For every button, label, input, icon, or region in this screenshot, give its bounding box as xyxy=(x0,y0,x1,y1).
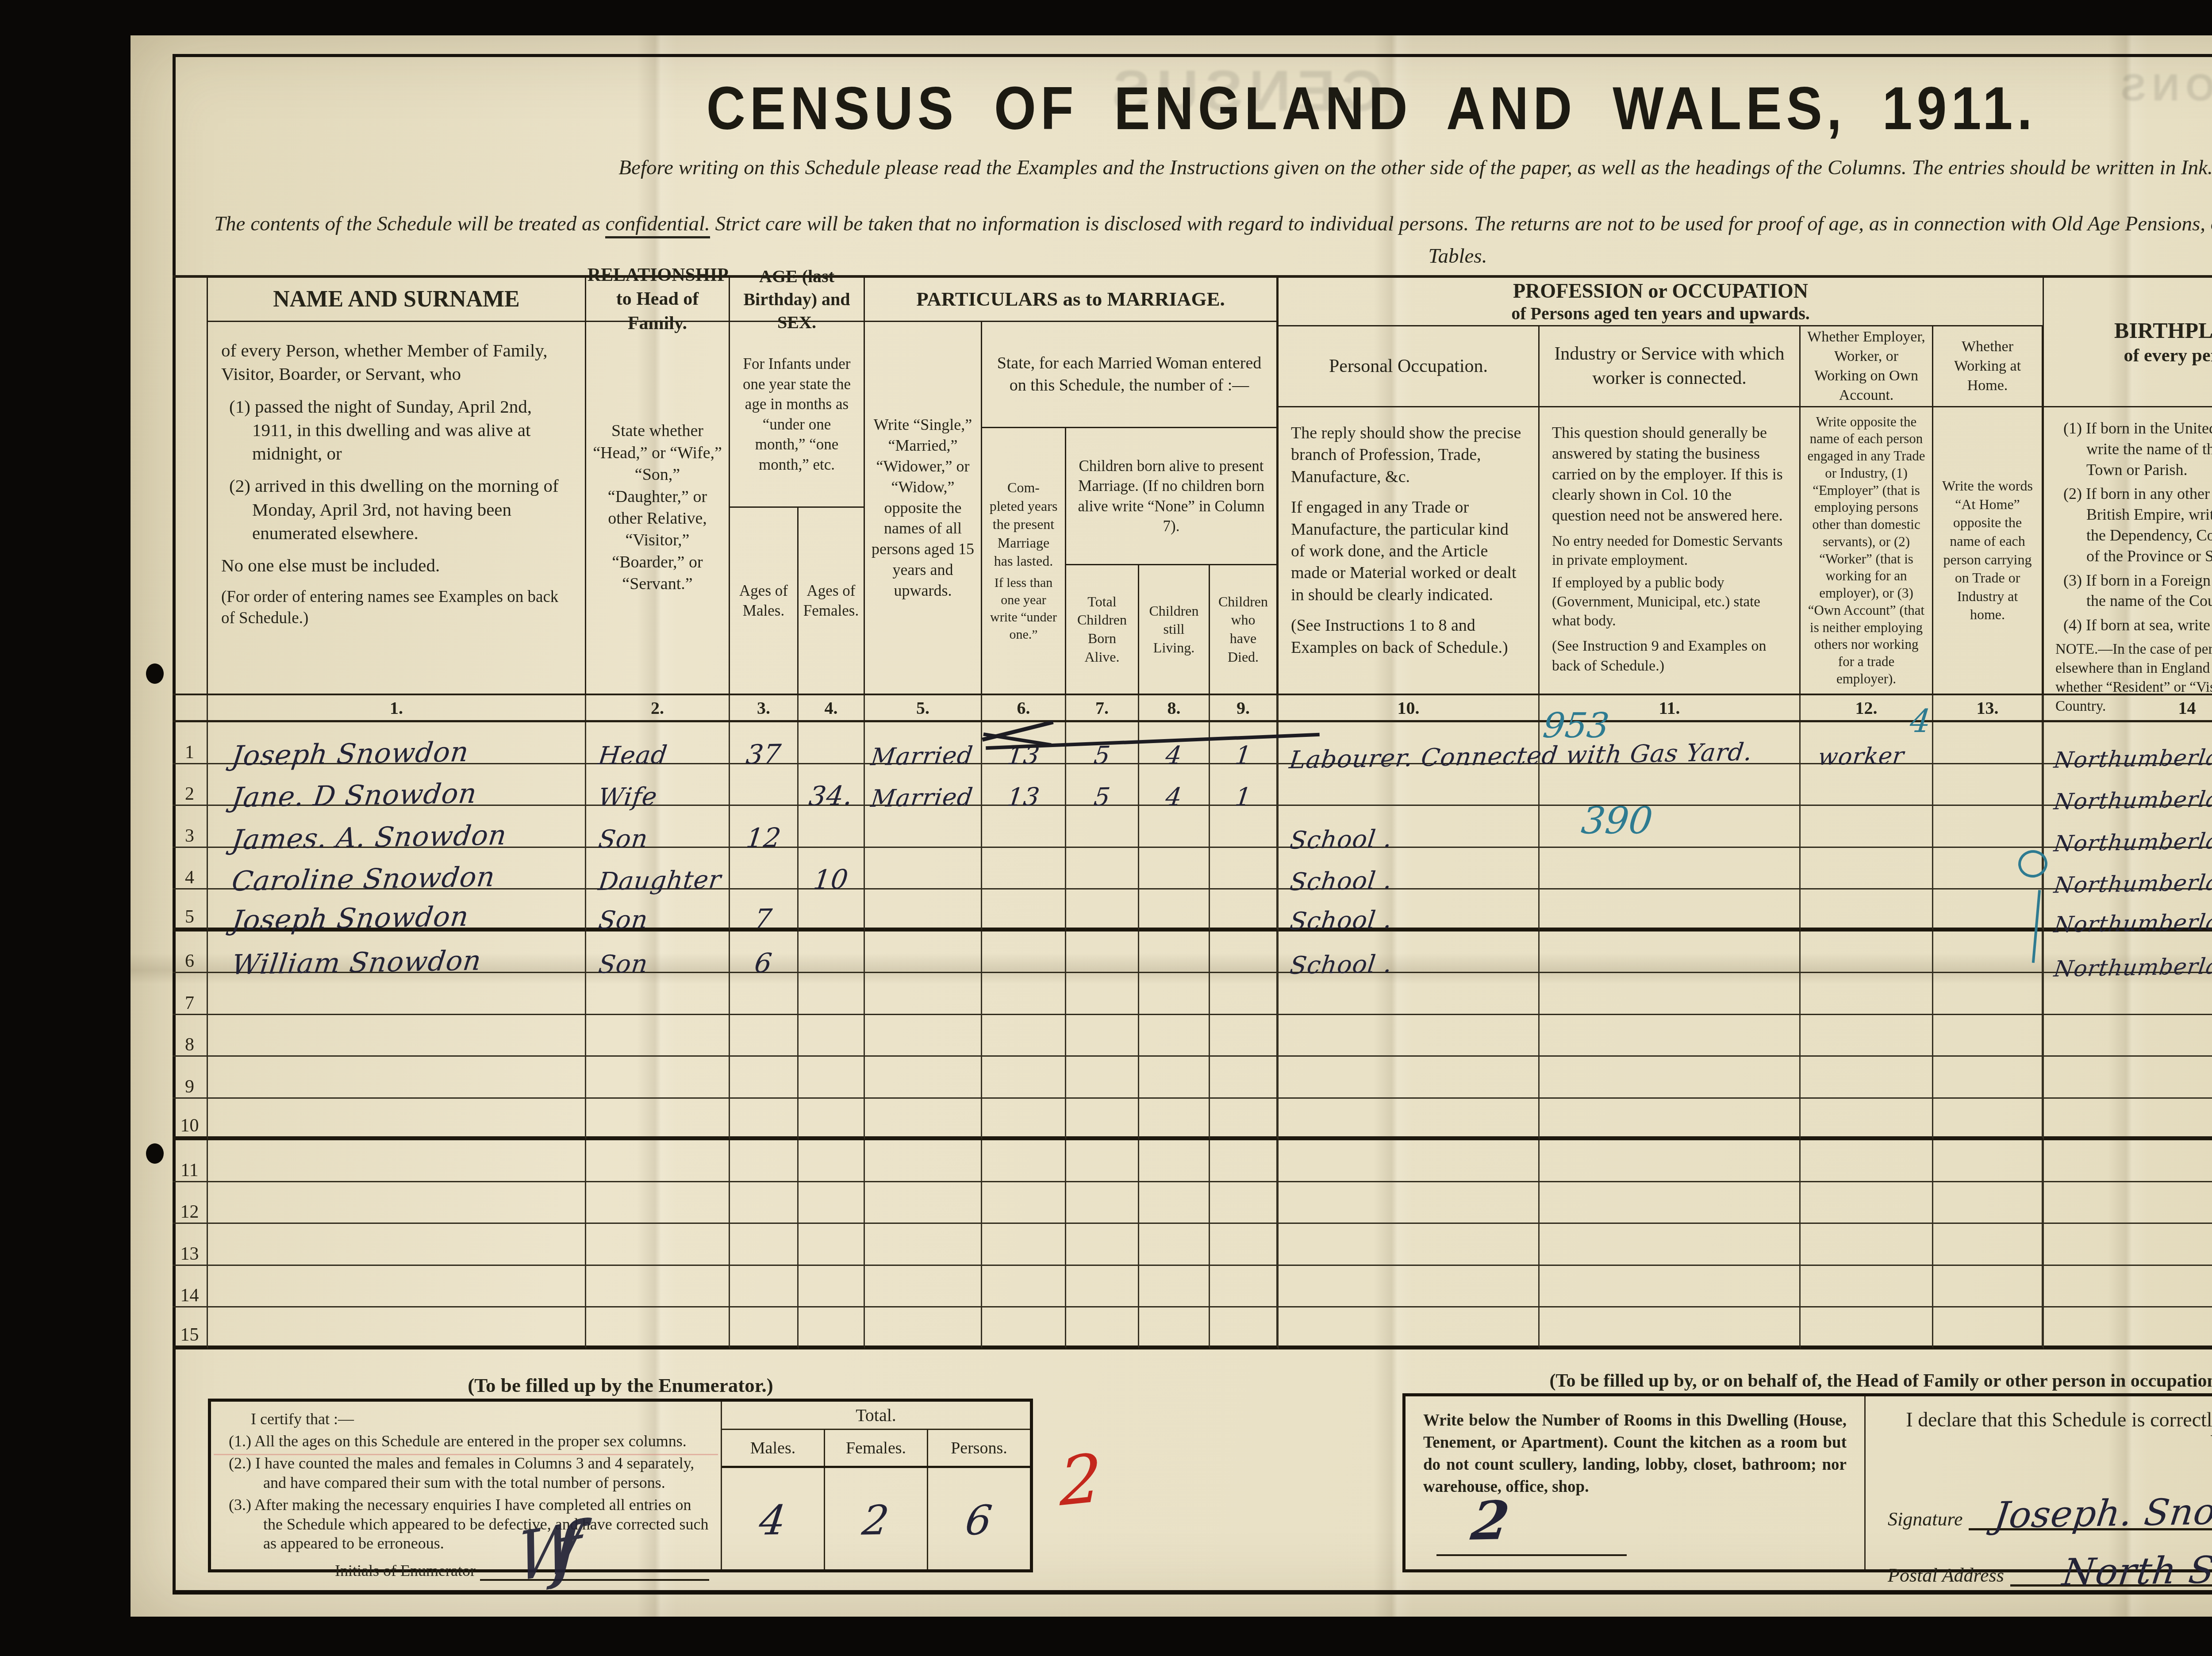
colnum-7: 7. xyxy=(1066,695,1139,720)
header-children-living: Children still Living. xyxy=(1139,565,1210,694)
enumerator-box: I certify that :— (1.) All the ages on t… xyxy=(208,1399,1033,1572)
header-profession-group: PROFESSION or OCCUPATIONof Persons aged … xyxy=(1279,278,2044,326)
children-born-entry: 5 xyxy=(1092,783,1112,812)
table-row: 9 xyxy=(173,1057,2212,1099)
years-married-entry: 13 xyxy=(1006,782,1041,812)
colnum-10: 10. xyxy=(1279,695,1540,720)
occupation-entry: School . xyxy=(1277,905,1394,935)
totals-females-label: Females. xyxy=(825,1430,928,1466)
years-married-entry: 13 xyxy=(1006,741,1041,770)
rooms-box: Write below the Number of Rooms in this … xyxy=(1406,1396,1866,1569)
totals-females-value: 2 xyxy=(860,1496,892,1544)
row-number: 8 xyxy=(173,1015,208,1057)
row-number: 15 xyxy=(173,1307,208,1349)
marriage-entry: Married xyxy=(863,783,975,813)
name-entry: William Snowdon xyxy=(206,944,484,981)
header-children-group: Children born alive to present Marriage.… xyxy=(1066,428,1279,565)
table-row: 11 xyxy=(173,1140,2212,1182)
red-tally-mark: 2 xyxy=(1060,1440,1102,1522)
totals-header: Total. xyxy=(722,1402,1030,1430)
birthplace-entry: Northumberland ) No. Shields xyxy=(2042,741,2212,773)
occupation-entry: School . xyxy=(1277,824,1394,854)
marriage-entry: Married xyxy=(863,741,975,770)
instruction2-post: Strict care will be taken that no inform… xyxy=(710,212,2212,268)
row-number: 9 xyxy=(173,1057,208,1099)
signature-label: Signature xyxy=(1888,1508,1962,1530)
signature-value: Joseph. Snowdon 43 Elsdon. Street xyxy=(1992,1483,2212,1537)
age-males-entry: 7 xyxy=(753,903,774,935)
initials-line xyxy=(480,1577,709,1581)
table-row: 7 xyxy=(173,973,2212,1015)
name-entry: Joseph Snowdon xyxy=(206,735,471,772)
declaration-area: I declare that this Schedule is correctl… xyxy=(1866,1396,2212,1569)
children-living-entry: 4 xyxy=(1164,783,1184,812)
totals-table: Total. Males. Females. Persons. 4 2 6 xyxy=(722,1402,1030,1569)
relationship-entry: Son xyxy=(584,905,649,935)
row-number: 11 xyxy=(173,1140,208,1182)
table-row: 6 William Snowdon Son 6 School . Northum… xyxy=(173,931,2212,974)
birthplace-entry: Northumberland ) No Shields xyxy=(2042,866,2212,898)
age-males-entry: 37 xyxy=(744,739,783,770)
employer-entry: worker xyxy=(1799,742,1906,770)
rooms-line xyxy=(1436,1554,1627,1556)
header-athome-desc: Write the words “At Home” opposite the n… xyxy=(1933,407,2044,694)
colnum-13: 13. xyxy=(1933,695,2044,720)
table-row: 15 xyxy=(173,1307,2212,1349)
declaration-text: I declare that this Schedule is correctl… xyxy=(1888,1408,2212,1455)
household-box: Write below the Number of Rooms in this … xyxy=(1402,1393,2212,1572)
name-entry: Jane. D Snowdon xyxy=(206,777,479,814)
colnum xyxy=(173,695,208,720)
postal-address-value: North Shields. Northumberland xyxy=(2060,1540,2212,1594)
header-employer-sub: Whether Employer, Worker, or Working on … xyxy=(1801,326,1933,407)
enumerator-certification: I certify that :— (1.) All the ages on t… xyxy=(211,1402,722,1569)
table-row: 10 xyxy=(173,1099,2212,1141)
table-rows: 1 Joseph Snowdon Head 37 Married 13 5 4 … xyxy=(173,722,2212,1349)
instruction2-pre: The contents of the Schedule will be tre… xyxy=(214,212,606,235)
certify-item-1: (1.) All the ages on this Schedule are e… xyxy=(229,1432,709,1451)
colnum-5: 5. xyxy=(865,695,982,720)
table-header: NAME AND SURNAME of every Person, whethe… xyxy=(173,278,2212,722)
header-relationship-title: RELATIONSHIP to Head of Family. xyxy=(586,278,730,322)
colnum-1: 1. xyxy=(208,695,586,720)
birthplace-entry: Northumberland ). No. Shields xyxy=(2042,783,2212,815)
header-years-married: Com- pleted years the present Marriage h… xyxy=(982,428,1066,694)
table-row: 2 Jane. D Snowdon Wife 34. Married 13 5 … xyxy=(173,764,2212,806)
postal-address-label: Postal Address xyxy=(1888,1564,2004,1587)
table-row: 14 xyxy=(173,1266,2212,1308)
certify-item-3: (3.) After making the necessary enquirie… xyxy=(229,1495,709,1554)
colnum-4: 4. xyxy=(799,695,865,720)
row-number: 12 xyxy=(173,1182,208,1224)
totals-males-value: 4 xyxy=(757,1496,789,1544)
row-number: 13 xyxy=(173,1224,208,1266)
colnum-6: 6. xyxy=(982,695,1066,720)
row-number: 5 xyxy=(173,889,208,931)
header-age-title: AGE (last Birthday) and SEX. xyxy=(730,278,865,322)
totals-persons-value: 6 xyxy=(963,1496,995,1544)
certify-intro: I certify that :— xyxy=(229,1410,709,1429)
header-birthplace-title: BIRTHPLACEof every person. xyxy=(2044,278,2212,407)
colnum-2: 2. xyxy=(586,695,730,720)
enumerator-initials: Wff xyxy=(514,1511,553,1600)
table-row: 4 Caroline Snowdon Daughter 10 School . … xyxy=(173,848,2212,890)
relationship-entry: Son xyxy=(584,824,649,854)
row-number: 10 xyxy=(173,1099,208,1141)
header-industry-desc: This question should generally be answer… xyxy=(1540,407,1801,694)
header-age-desc: For Infants under one year state the age… xyxy=(730,322,865,508)
colnum-8: 8. xyxy=(1139,695,1210,720)
birthplace-entry: Northumberland ) No. Shields xyxy=(2042,824,2212,856)
census-1911-scan: { "colors":{"ink":"#262419","handwriting… xyxy=(0,0,2212,1656)
signature-line: Joseph. Snowdon 43 Elsdon. Street xyxy=(1969,1526,2212,1530)
bottom-rule xyxy=(173,1591,2212,1595)
header-relationship-desc: State whether “Head,” or “Wife,” “Son,” … xyxy=(586,322,730,694)
colnum-11: 11. xyxy=(1540,695,1801,720)
relationship-entry: Son xyxy=(584,950,649,979)
name-entry: Caroline Snowdon xyxy=(206,860,497,897)
header-birthplace-desc: (1) If born in the United Kingdom, write… xyxy=(2044,407,2212,694)
rooms-text: Write below the Number of Rooms in this … xyxy=(1423,1411,1847,1496)
relationship-entry: Daughter xyxy=(584,865,723,896)
postal-address-line: North Shields. Northumberland xyxy=(2010,1582,2212,1587)
relationship-entry: Wife xyxy=(584,782,659,813)
certify-item-2: (2.) I have counted the males and female… xyxy=(229,1454,709,1493)
age-females-entry: 34. xyxy=(807,780,855,812)
occupation-entry: School . xyxy=(1277,866,1394,896)
table-row: 12 xyxy=(173,1182,2212,1224)
relationship-entry: Head xyxy=(584,740,669,770)
census-table: NAME AND SURNAME of every Person, whethe… xyxy=(173,275,2212,1347)
header-married-woman-group: State, for each Married Woman entered on… xyxy=(982,322,1279,428)
hole-punch xyxy=(146,663,164,684)
header-condition-desc: Write “Single,” “Married,” “Widower,” or… xyxy=(865,322,982,694)
header-rownum xyxy=(173,278,208,694)
header-ages-males: Ages of Males. xyxy=(730,508,799,694)
totals-males-label: Males. xyxy=(722,1430,825,1466)
household-heading: (To be filled up by, or on behalf of, th… xyxy=(1402,1370,2212,1391)
red-rule xyxy=(214,1454,718,1455)
children-died-entry: 1 xyxy=(1233,741,1253,770)
birthplace-entry: Northumberland ) No. Shields xyxy=(2042,950,2212,982)
header-employer-desc: Write opposite the name of each person e… xyxy=(1801,407,1933,694)
children-born-entry: 5 xyxy=(1092,741,1112,770)
header-children-died: Children who have Died. xyxy=(1210,565,1279,694)
row-number: 1 xyxy=(173,722,208,764)
table-row: 5 Joseph Snowdon Son 7 School . Northumb… xyxy=(173,889,2212,931)
birthplace-entry: Northumberland ). No. Shields xyxy=(2042,905,2212,938)
instruction-line-2: The contents of the Schedule will be tre… xyxy=(208,208,2212,272)
totals-persons-label: Persons. xyxy=(928,1430,1030,1466)
instruction2-confidential: confidential. xyxy=(605,212,710,238)
colnum-14: 14 xyxy=(2044,695,2212,720)
name-entry: James. A. Snowdon xyxy=(206,819,509,856)
table-row: 1 Joseph Snowdon Head 37 Married 13 5 4 … xyxy=(173,722,2212,764)
header-children-born: Total Children Born Alive. xyxy=(1066,565,1139,694)
header-occupation-sub: Personal Occupation. xyxy=(1279,326,1540,407)
initials-label: Initials of Enumerator xyxy=(335,1561,476,1581)
hole-punch xyxy=(146,1143,164,1164)
row-number: 4 xyxy=(173,848,208,890)
table-row: 3 James. A. Snowdon Son 12 School . Nort… xyxy=(173,806,2212,848)
name-entry: Joseph Snowdon xyxy=(206,900,471,936)
instruction-line-1: Before writing on this Schedule please r… xyxy=(310,156,2212,180)
occupation-entry: School . xyxy=(1277,950,1394,980)
colnum-12: 12. xyxy=(1801,695,1933,720)
header-athome-sub: Whether Working at Home. xyxy=(1933,326,2044,407)
header-name-desc: of every Person, whether Member of Famil… xyxy=(208,322,586,694)
row-number: 14 xyxy=(173,1266,208,1308)
table-row: 13 xyxy=(173,1224,2212,1266)
colnum-9: 9. xyxy=(1210,695,1279,720)
page-title: CENSUS OF ENGLAND AND WALES, 1911. xyxy=(398,74,2212,143)
header-industry-sub: Industry or Service with which worker is… xyxy=(1540,326,1801,407)
age-males-entry: 12 xyxy=(744,822,783,854)
header-occupation-desc: The reply should show the precise branch… xyxy=(1279,407,1540,694)
row-number: 7 xyxy=(173,973,208,1015)
age-females-entry: 10 xyxy=(812,864,850,895)
header-marriage-group: PARTICULARS as to MARRIAGE. xyxy=(865,278,1279,322)
children-died-entry: 1 xyxy=(1233,783,1253,812)
header-name-title: NAME AND SURNAME xyxy=(208,278,586,322)
row-number: 3 xyxy=(173,806,208,848)
row-number: 6 xyxy=(173,931,208,974)
children-living-entry: 4 xyxy=(1164,741,1184,770)
header-ages-females: Ages of Females. xyxy=(799,508,865,694)
enumerator-heading: (To be filled up by the Enumerator.) xyxy=(208,1374,1033,1397)
colnum-3: 3. xyxy=(730,695,799,720)
row-number: 2 xyxy=(173,764,208,806)
column-number-strip: 1. 2. 3. 4. 5. 6. 7. 8. 9. 10. 11. 12. 1… xyxy=(173,694,2212,722)
table-row: 8 xyxy=(173,1015,2212,1057)
